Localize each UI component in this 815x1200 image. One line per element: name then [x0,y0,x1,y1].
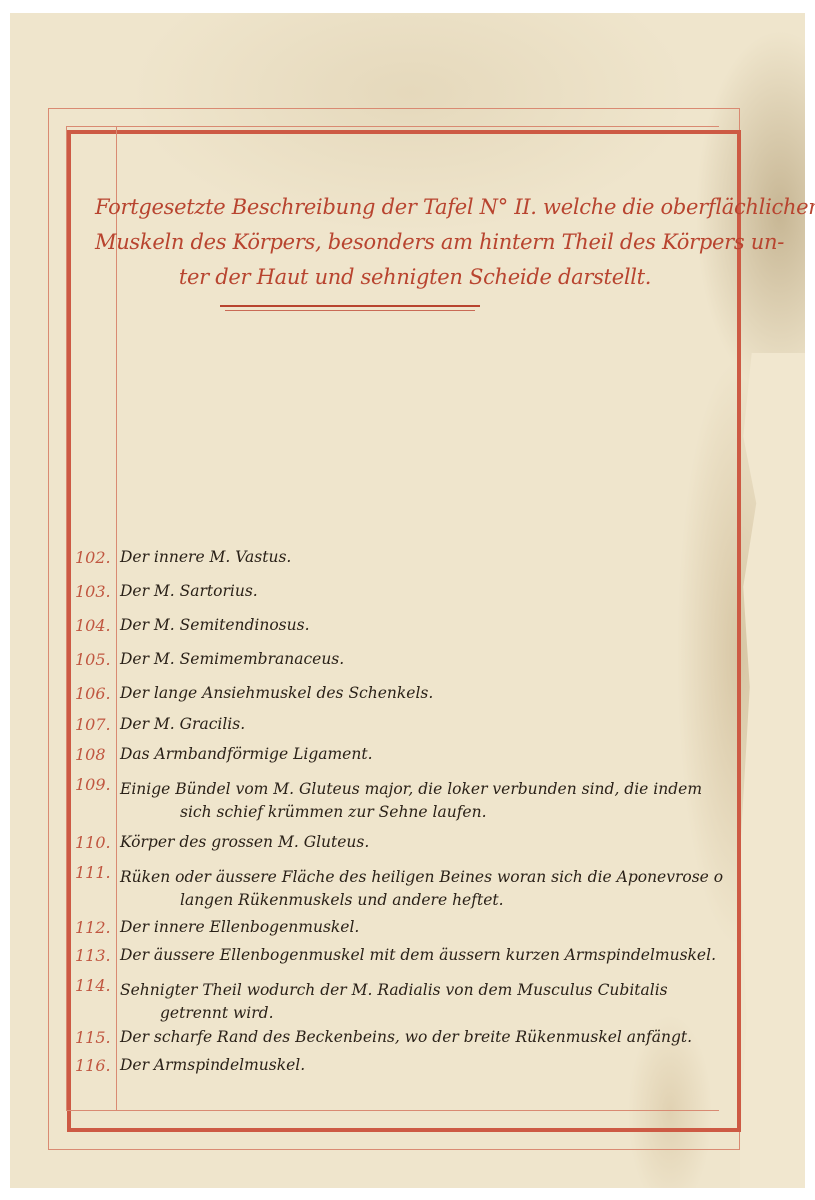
entry-text: Der äussere Ellenbogenmuskel mit dem äus… [120,946,750,964]
list-item: 111. Rüken oder äussere Fläche des heili… [70,863,750,918]
entry-text: Sehnigter Theil wodurch der M. Radialis … [120,976,750,1004]
entry-number: 103. [75,582,117,601]
list-item: 105. Der M. Semimembranaceus. [70,650,750,684]
entry-number: 116. [75,1056,117,1075]
entry-number: 104. [75,616,117,635]
list-item: 103. Der M. Sartorius. [70,582,750,616]
entry-text: Das Armbandförmige Ligament. [120,745,750,763]
entry-text: Rüken oder äussere Fläche des heiligen B… [120,863,750,891]
entry-text: Der Armspindelmuskel. [120,1056,750,1074]
entry-number: 111. [75,863,117,882]
title-line: Fortgesetzte Beschreibung der Tafel N° I… [95,190,735,225]
page-title: Fortgesetzte Beschreibung der Tafel N° I… [95,190,735,295]
entry-text: Der M. Semitendinosus. [120,616,750,634]
list-item: 104. Der M. Semitendinosus. [70,616,750,650]
entry-number: 105. [75,650,117,669]
entry-text-continued: langen Rükenmuskels und andere heftet. [180,891,750,909]
entry-text: Der innere M. Vastus. [120,548,750,566]
entry-number: 112. [75,918,117,937]
entry-number: 106. [75,684,117,703]
entry-text-continued: sich schief krümmen zur Sehne laufen. [180,803,750,821]
entry-list: 102. Der innere M. Vastus. 103. Der M. S… [70,548,750,1084]
entry-number: 114. [75,976,117,995]
list-item: 108 Das Armbandförmige Ligament. [70,745,750,775]
entry-number: 107. [75,715,117,734]
entry-text: Der innere Ellenbogenmuskel. [120,918,750,936]
list-item: 102. Der innere M. Vastus. [70,548,750,582]
list-item: 114. Sehnigter Theil wodurch der M. Radi… [70,976,750,1028]
entry-text: Einige Bündel vom M. Gluteus major, die … [120,775,750,803]
list-item: 109. Einige Bündel vom M. Gluteus major,… [70,775,750,833]
list-item: 112. Der innere Ellenbogenmuskel. [70,918,750,946]
entry-text-continued: getrennt wird. [160,1004,750,1022]
entry-text: Der scharfe Rand des Beckenbeins, wo der… [120,1028,750,1046]
entry-number: 102. [75,548,117,567]
entry-number: 109. [75,775,117,794]
entry-text: Der M. Semimembranaceus. [120,650,750,668]
title-line: ter der Haut und sehnigten Scheide darst… [95,260,735,295]
list-item: 116. Der Armspindelmuskel. [70,1056,750,1084]
entry-number: 115. [75,1028,117,1047]
list-item: 110. Körper des grossen M. Gluteus. [70,833,750,863]
entry-text: Der M. Gracilis. [120,715,750,733]
title-underline-thin [225,310,475,311]
entry-text: Körper des grossen M. Gluteus. [120,833,750,851]
title-underline [220,305,480,307]
entry-text: Der M. Sartorius. [120,582,750,600]
list-item: 115. Der scharfe Rand des Beckenbeins, w… [70,1028,750,1056]
entry-number: 110. [75,833,117,852]
list-item: 106. Der lange Ansiehmuskel des Schenkel… [70,684,750,715]
list-item: 113. Der äussere Ellenbogenmuskel mit de… [70,946,750,976]
entry-number: 113. [75,946,117,965]
entry-text: Der lange Ansiehmuskel des Schenkels. [120,684,750,702]
list-item: 107. Der M. Gracilis. [70,715,750,745]
entry-number: 108 [75,745,117,764]
title-line: Muskeln des Körpers, besonders am hinter… [95,225,735,260]
